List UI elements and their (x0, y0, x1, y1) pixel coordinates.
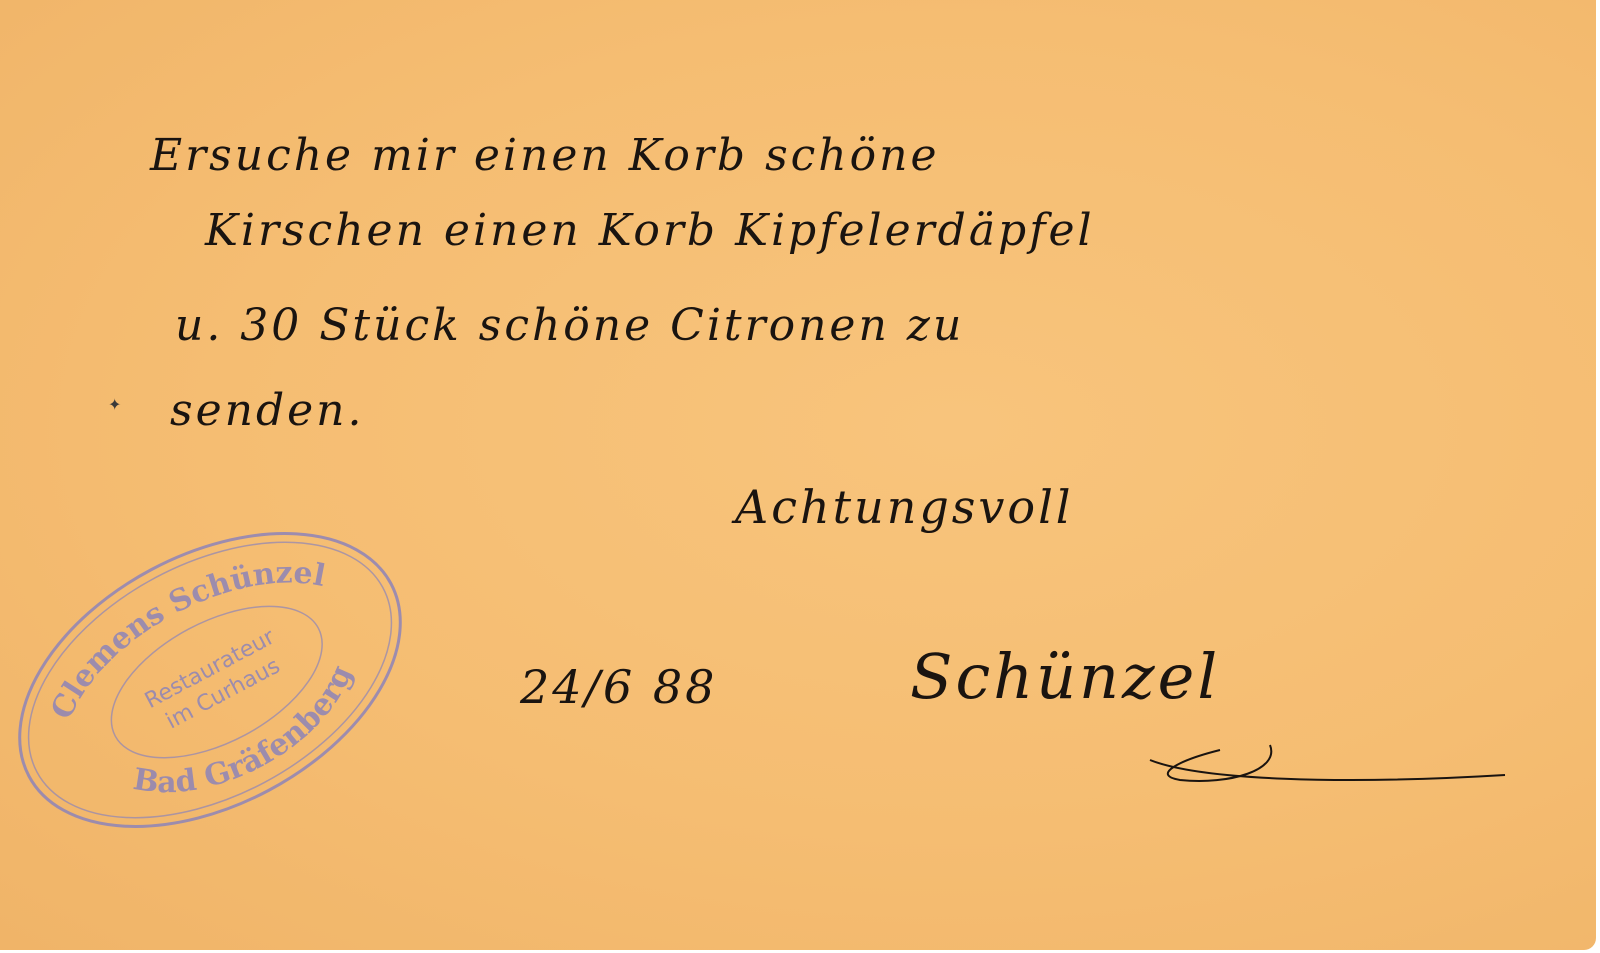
signature: Schünzel (910, 640, 1220, 713)
rubber-stamp: Clemens Schünzel Bad Gräfenberg Restaura… (0, 505, 420, 855)
closing-text: Achtungsvoll (735, 480, 1074, 534)
message-line-1: Ersuche mir einen Korb schöne (150, 130, 940, 181)
ink-smudge-icon: ✦ (108, 395, 121, 414)
message-line-3: u. 30 Stück schöne Citronen zu (175, 300, 964, 351)
message-line-4: senden. (170, 385, 365, 436)
date-text: 24/6 88 (520, 660, 717, 714)
message-line-2: Kirschen einen Korb Kipfelerdäpfel (205, 205, 1095, 256)
postcard: Ersuche mir einen Korb schöne Kirschen e… (0, 0, 1596, 950)
signature-flourish-icon (1140, 740, 1540, 800)
